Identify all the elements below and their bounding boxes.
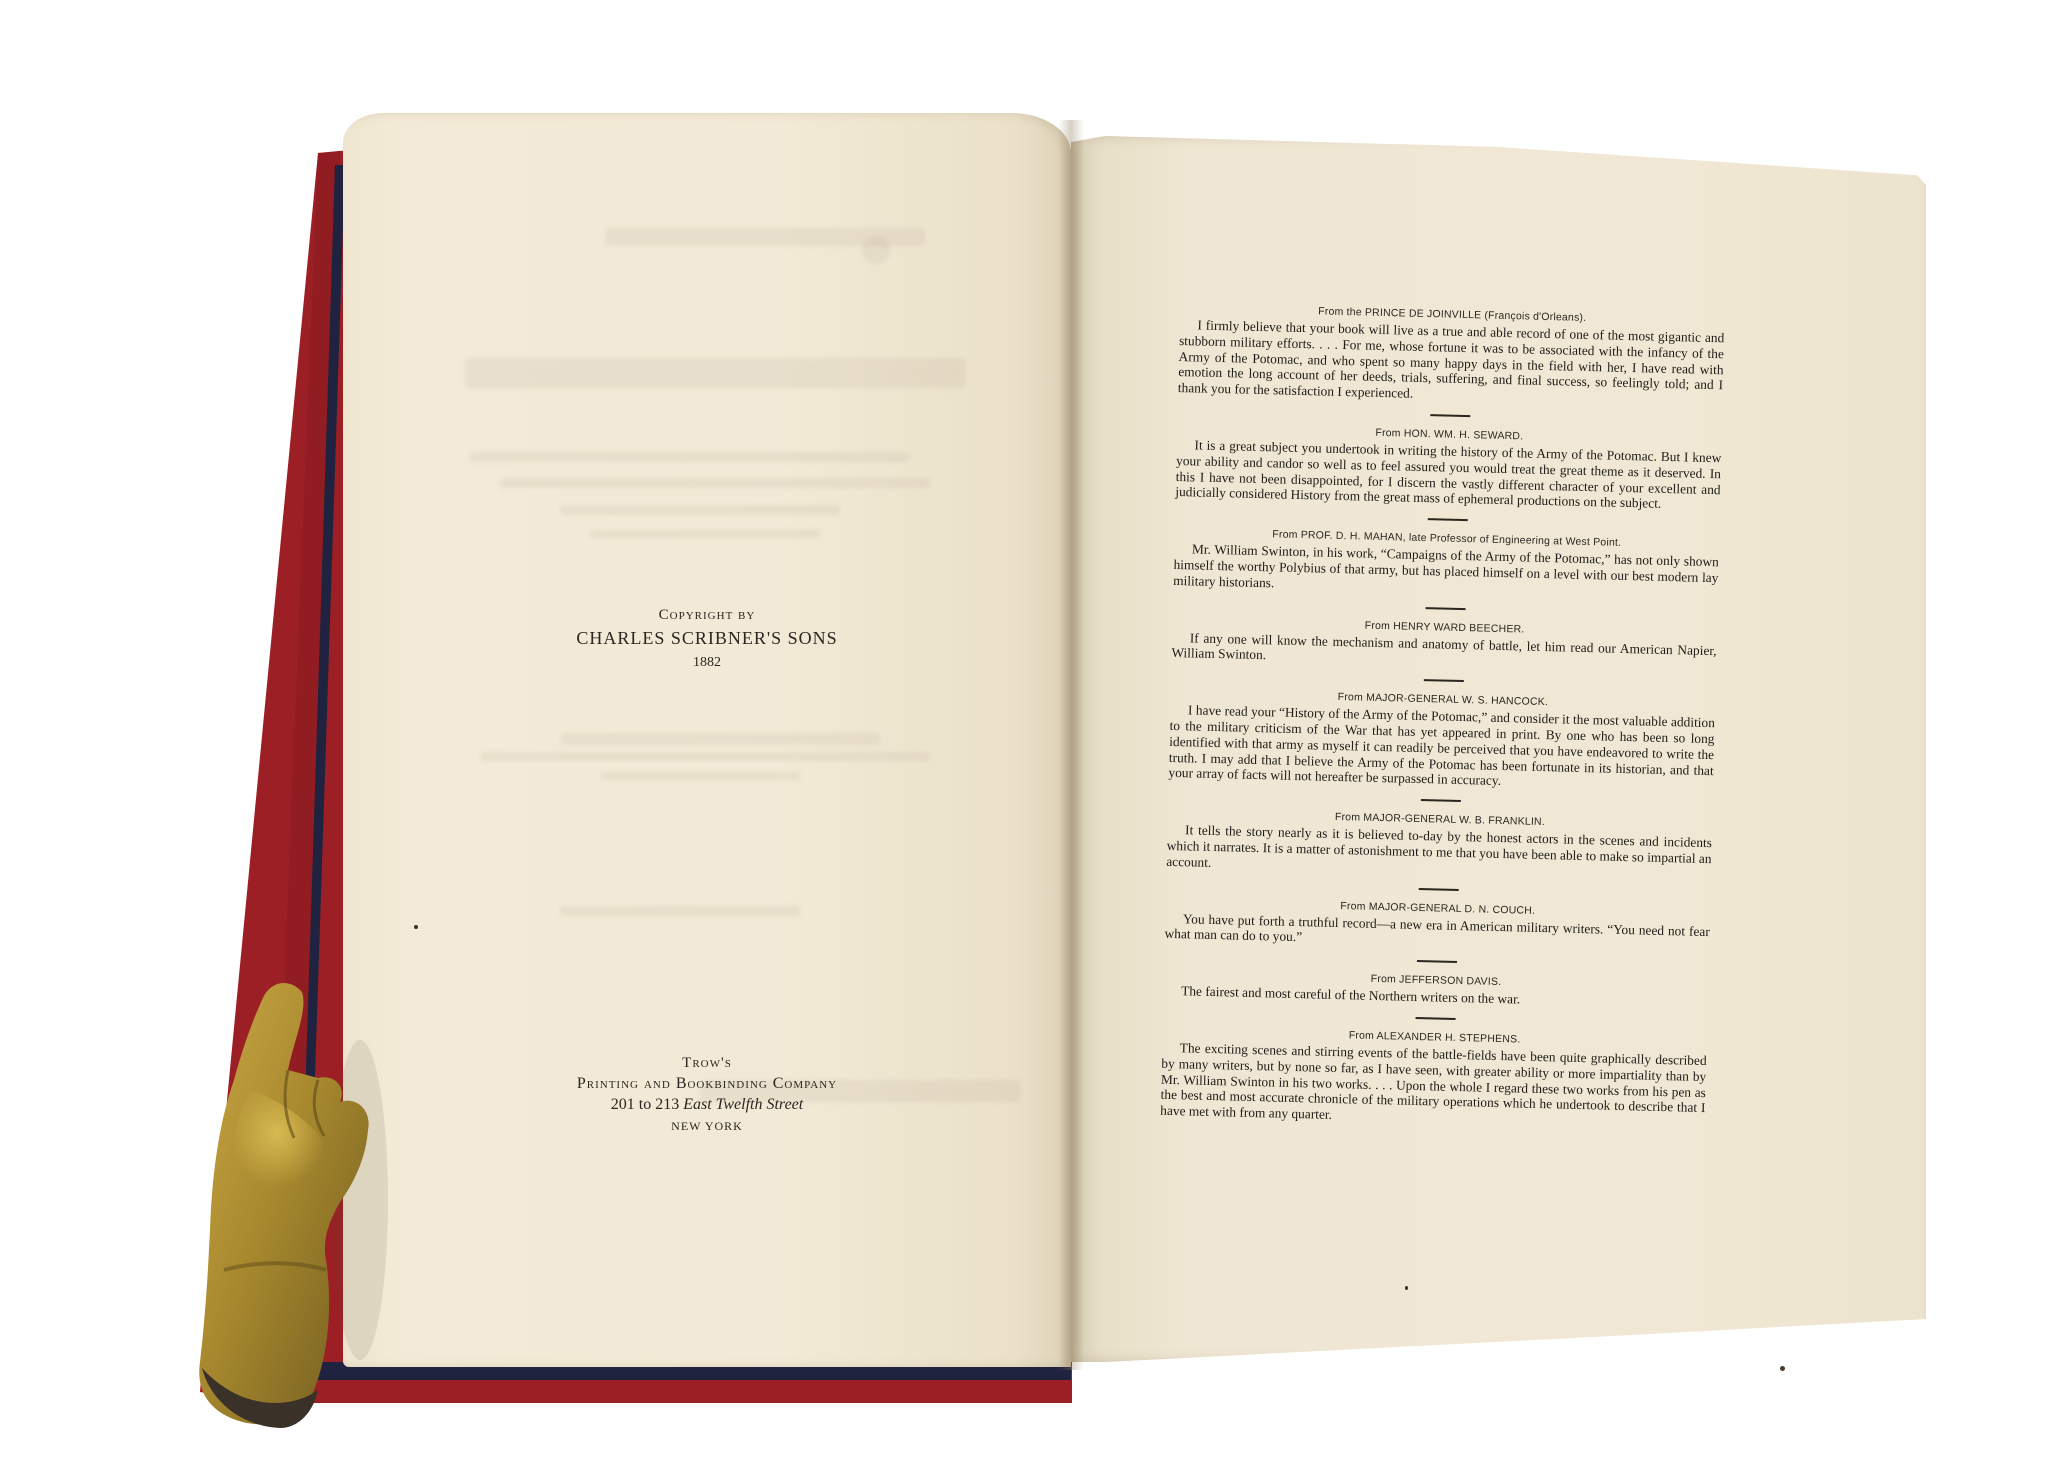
testimonial-quote: The exciting scenes and stirring events … (1160, 1040, 1707, 1132)
section-rule (1427, 518, 1467, 521)
show-through-line (480, 752, 930, 761)
testimonial-beecher: From HENRY WARD BEECHER. If any one will… (1171, 614, 1717, 674)
gilt-hand-figurine-icon (190, 970, 400, 1440)
printer-name: Trow's (343, 1055, 1071, 1072)
section-rule (1415, 1017, 1455, 1020)
testimonial-quote: It tells the story nearly as it is belie… (1166, 822, 1712, 883)
testimonial-davis: From JEFFERSON DAVIS. The fairest and mo… (1163, 968, 1709, 1012)
testimonial-franklin: From MAJOR-GENERAL W. B. FRANKLIN. It te… (1166, 807, 1712, 883)
testimonial-quote: I firmly believe that your book will liv… (1178, 317, 1725, 409)
testimonial-quote: It is a great subject you undertook in w… (1175, 437, 1721, 513)
section-rule (1418, 888, 1458, 891)
show-through-ornament (862, 236, 890, 264)
show-through-subtitle-line (500, 478, 930, 488)
gutter-shadow (1058, 120, 1084, 1370)
show-through-line (590, 530, 820, 538)
printer-company: Printing and Bookbinding Company (343, 1075, 1071, 1093)
show-through-line (560, 733, 880, 745)
testimonial-quote: Mr. William Swinton, in his work, “Campa… (1173, 541, 1719, 602)
copyright-holder: CHARLES SCRIBNER'S SONS (343, 628, 1071, 649)
printer-address-street: East Twelfth Street (683, 1096, 803, 1113)
testimonial-stephens: From ALEXANDER H. STEPHENS. The exciting… (1160, 1025, 1707, 1132)
testimonials-list: From the PRINCE DE JOINVILLE (François d… (1160, 302, 1725, 1132)
testimonial-joinville: From the PRINCE DE JOINVILLE (François d… (1178, 302, 1725, 409)
show-through-line (600, 772, 800, 780)
section-rule (1425, 607, 1465, 610)
paper-speck (1405, 1286, 1408, 1290)
show-through-subtitle-line (470, 452, 910, 462)
section-rule (1416, 960, 1456, 963)
testimonial-hancock: From MAJOR-GENERAL W. S. HANCOCK. I have… (1168, 687, 1715, 794)
show-through-subtitle-line (560, 505, 840, 515)
printer-address: 201 to 213 East Twelfth Street (343, 1096, 1071, 1114)
show-through-line (560, 906, 800, 916)
copyright-label: Copyright by (343, 607, 1071, 624)
paper-speck (1780, 1366, 1785, 1371)
testimonial-mahan: From PROF. D. H. MAHAN, late Professor o… (1173, 526, 1719, 602)
printer-city: NEW YORK (343, 1119, 1071, 1134)
paper-speck (414, 925, 418, 929)
testimonial-couch: From MAJOR-GENERAL D. N. COUCH. You have… (1164, 895, 1710, 955)
printer-address-numbers: 201 to 213 (611, 1096, 679, 1113)
show-through-title-line (465, 358, 965, 388)
testimonial-seward: From HON. WM. H. SEWARD. It is a great s… (1175, 422, 1722, 513)
section-rule (1423, 679, 1463, 682)
section-rule (1420, 799, 1460, 802)
testimonial-quote: I have read your “History of the Army of… (1168, 702, 1715, 794)
copyright-year: 1882 (343, 655, 1071, 671)
section-rule (1430, 414, 1470, 417)
